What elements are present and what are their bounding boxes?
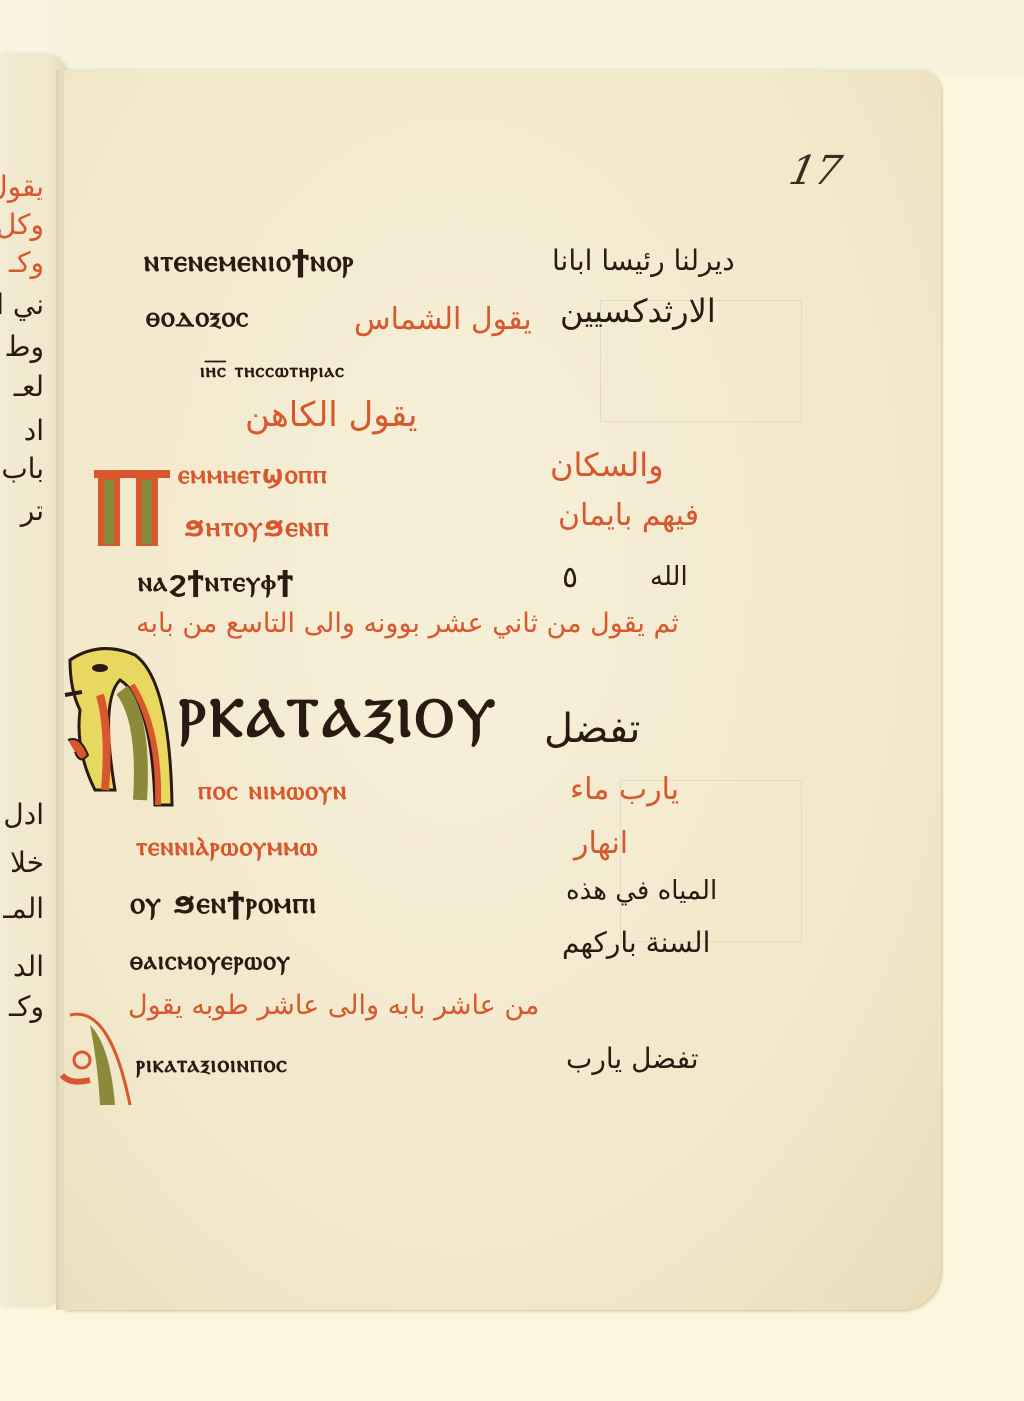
arabic-line: تفضل يارب [566,1042,699,1075]
left-fragment: وكل [0,208,42,241]
coptic-line: ⲣⲓⲕⲁⲧⲁⲝⲓⲟⲓⲛⲡⲟⲥ [136,1050,288,1078]
coptic-line: ⲧⲉⲛⲛⲓⲁ̀ⲣⲱⲟⲩⲙⲙⲱ [136,832,319,863]
left-fragment: يقول [0,170,42,203]
arabic-line: يارب ماء [570,772,679,807]
coptic-line: ⲓⲏ̅ⲥ̅ ⲧⲏⲥⲥⲱⲧⲏⲣⲓⲁⲥ [200,358,345,382]
left-fragment: المـ [3,892,42,925]
arabic-line: والسكان [550,446,664,484]
left-fragment: خلا [10,846,42,879]
coptic-display-line: ⲢⲔⲀⲦⲀⲜⲒⲞⲨ [178,686,499,750]
coptic-line: ⲡⲟⲥ ⲛⲓⲙⲱⲟⲩⲛ [198,776,347,807]
left-fragment: باب [1,452,42,485]
coptic-line: ϧⲏⲧⲟⲩϧⲉⲛⲡ [184,510,330,544]
left-page-text-fragments: يقول وكل وكـ ني ا وط لعـ اد باب تر ادل خ… [0,170,42,1070]
left-fragment: ادل [3,798,42,831]
arabic-line: السنة باركهم [562,926,710,959]
coptic-line: ⲛⲁϩϯⲛⲧⲉⲩⲫϯ [138,565,294,599]
coptic-line: ⲛⲧⲉⲛⲉⲙⲉⲛⲓⲟϯⲛⲟⲣ [144,244,354,279]
coptic-line: ⲑⲟⲇⲟⲝⲟⲥ [146,300,249,334]
arabic-line: انهار [574,826,628,861]
left-fragment: وكـ [9,246,42,279]
arabic-line: فيهم بايمان [558,498,699,533]
folio-number: 17 [785,148,846,194]
left-fragment: ني ا [0,288,42,321]
left-fragment: الد [13,950,42,983]
left-fragment: وكـ [9,990,42,1023]
arabic-line: الله [650,562,688,592]
arabic-rubric: من عاشر بابه والى عاشر طوبه يقول [128,990,539,1021]
arabic-line: الارثدكسيين [560,292,716,330]
left-fragment: اد [24,414,42,447]
left-fragment: تر [21,494,42,527]
left-page-top-edge [0,0,52,57]
verse-marker: ٥ [562,560,578,595]
backdrop [0,0,1024,76]
arabic-line: المياه في هذه [566,876,717,906]
arabic-rubric: ثم يقول من ثاني عشر بوونه والى التاسع من… [136,608,679,639]
coptic-line: ⲟⲩ ϧⲉⲛϯⲣⲟⲙⲡⲓ [130,886,317,921]
arabic-rubric: يقول الكاهن [245,395,418,435]
arabic-rubric: يقول الشماس [354,302,532,337]
decorated-initial-small [60,1005,140,1115]
arabic-line: ديرلنا رئيسا ابانا [552,244,735,277]
left-fragment: وط [5,330,42,363]
coptic-line: ⲑⲁⲓⲥⲙⲟⲩⲉⲣⲱⲟⲩ [130,946,291,977]
decorated-initial-pi [92,466,172,548]
coptic-line: ⲉⲙⲙⲏⲉⲧϣⲟⲡⲡ [178,460,328,491]
arabic-line: تفضل [544,706,640,752]
zoomorphic-initial-bird [60,640,180,810]
left-fragment: لعـ [14,370,42,403]
